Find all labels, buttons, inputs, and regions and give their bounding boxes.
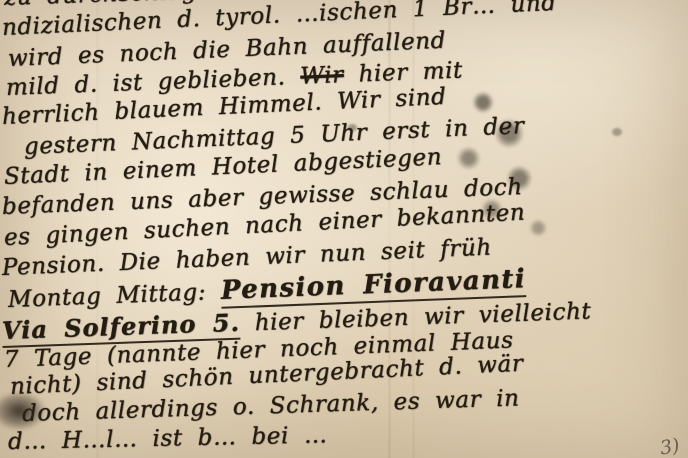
page-number-mark: 3) (659, 434, 682, 458)
line-11-pre: Montag Mittag: (8, 279, 222, 313)
ink-speck (612, 128, 622, 136)
handwritten-letter-photo: zu durchschlagen. Na… i…n 1 Br… und ndiz… (0, 0, 688, 458)
crossed-out-word: Wir (300, 62, 344, 90)
handwriting-line-16: d… H…l… ist b… bei … (8, 422, 328, 455)
